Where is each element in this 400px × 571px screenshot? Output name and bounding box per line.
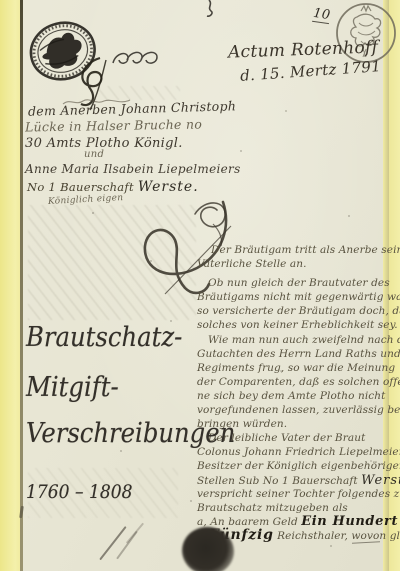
parties-line-residence: Lücke in Halser Bruche no (25, 118, 202, 134)
body-text-line: der Comparenten, daß es solchen offe- (197, 376, 393, 390)
body-text-line: Besitzer der Königlich eigenbehörigen (197, 460, 393, 474)
page-spine-shadow (20, 0, 23, 571)
body-text-line: verspricht seiner Tochter folgendes zum (197, 488, 393, 502)
body-text-line: solches von keiner Erheblichkeit sey. (197, 319, 393, 333)
amount-emphasis: Ein Hundert und (301, 514, 400, 529)
werste-emphasis: Werste (361, 473, 400, 488)
parties-line-farm: No 1 Bauerschaft (27, 180, 138, 194)
body-text-line: vorgefundenen lassen, zuverlässig bey- (197, 404, 393, 418)
flourish-scribble (112, 50, 162, 68)
title-line-verschreibungen: Verschreibungen (26, 418, 235, 449)
paper-speckles (30, 0, 32, 2)
parties-connector: und (84, 150, 104, 160)
crown-icon (361, 6, 371, 11)
page-number: 10 (312, 7, 331, 24)
body-text-line: so versicherte der Bräutigam doch, daß (197, 305, 393, 319)
parties-werste-emphasis: Werste. (138, 179, 199, 195)
body-text-line: Ob nun gleich der Brautvater des (197, 277, 400, 291)
ink-mark (203, 0, 217, 18)
body-text-line: Bräutigams nicht mit gegenwärtig war, (197, 291, 393, 305)
body-text-line-werste: Stellen Sub No 1 Bauerschaft Werste (197, 474, 393, 489)
body-text-line: Wie man nun auch zweifelnd nach dem (197, 334, 400, 348)
body-text-line: Der Bräutigam tritt als Anerbe seine (197, 244, 400, 258)
parties-line-bride: Anne Maria Ilsabein Liepelmeiers (25, 163, 241, 175)
body-text-line: Gutachten des Herrn Land Raths und des (197, 348, 393, 362)
title-line-brautschatz: Brautschatz- (26, 322, 182, 353)
body-text-line: ne sich bey dem Amte Plotho nicht (197, 390, 393, 404)
title-years: 1760 – 1808 (26, 481, 132, 503)
body-text-segment: Stellen Sub No 1 Bauerschaft (197, 475, 361, 487)
book-edge-left (0, 0, 22, 571)
body-text-line: Väterliche Stelle an. (197, 258, 393, 272)
body-text-segment: Reichsthaler, wovon gleich (274, 530, 400, 542)
title-line-mitgift: Mitgift- (26, 372, 119, 403)
archival-document-photo: { "document": { "kind": "handwritten arc… (0, 0, 400, 571)
body-text-line: Regiments frug, so war die Meinung (197, 362, 393, 376)
